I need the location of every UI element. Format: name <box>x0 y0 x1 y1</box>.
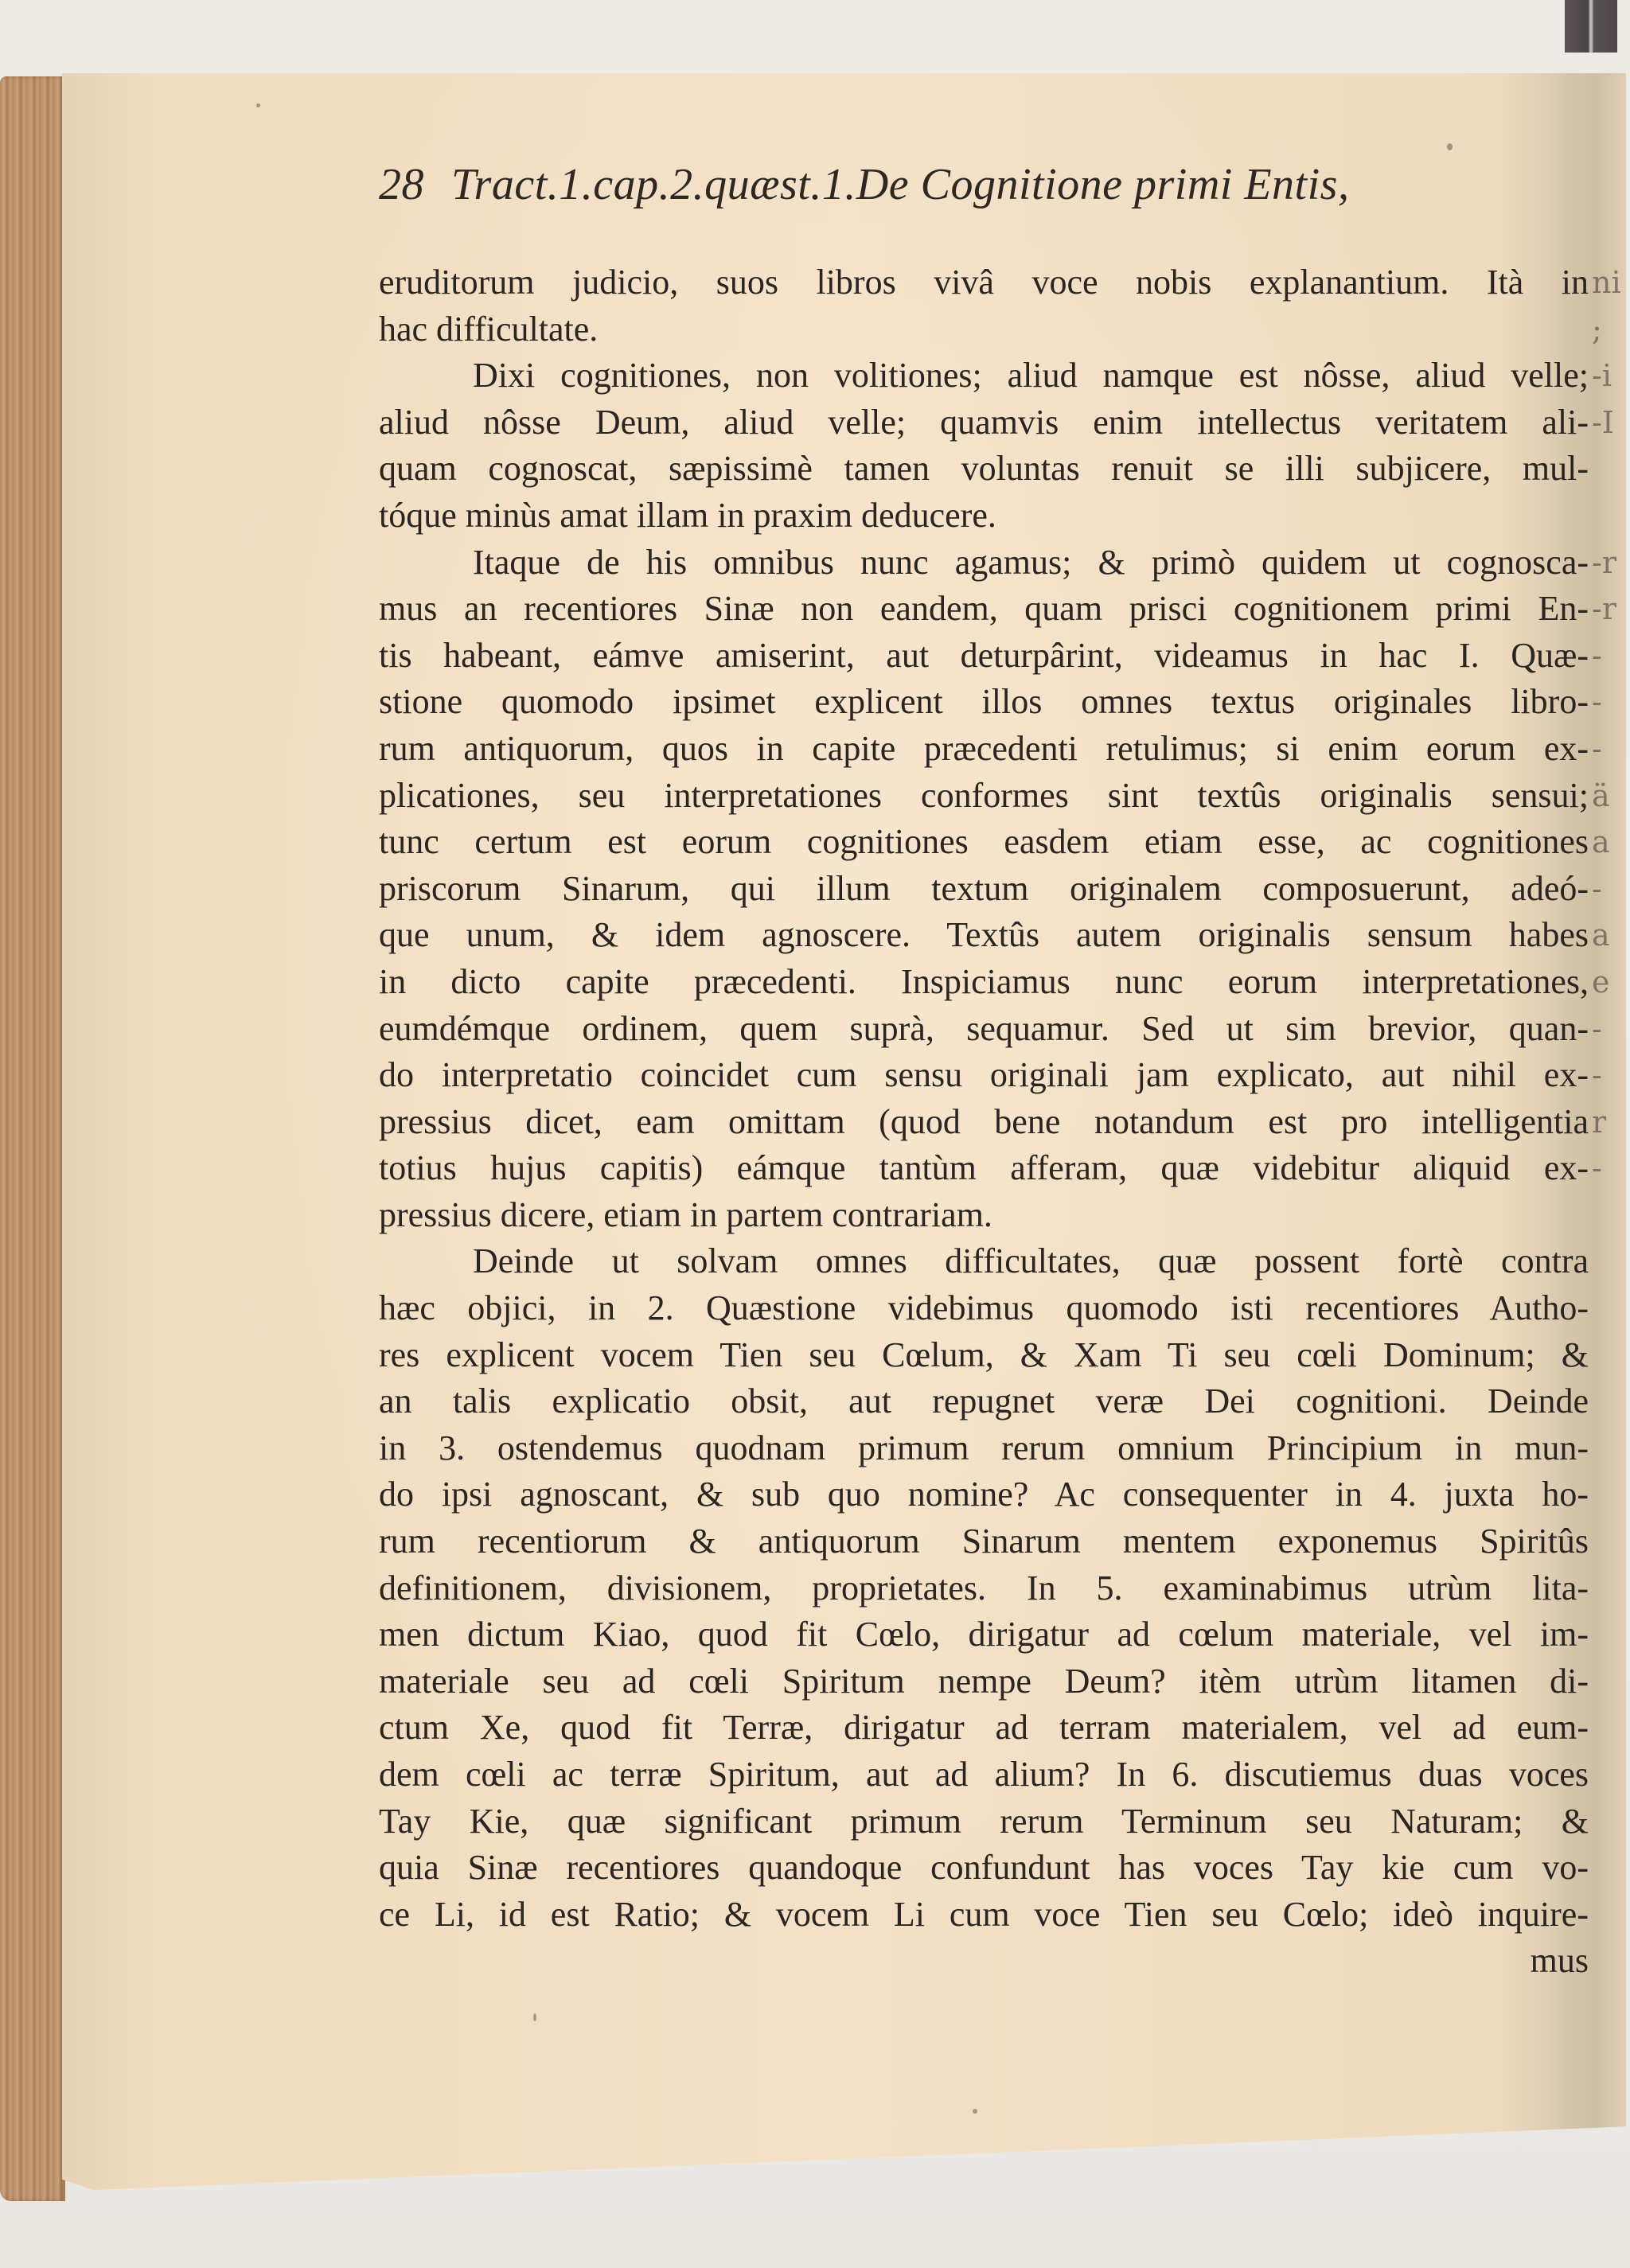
show-through-glyph <box>1592 446 1630 493</box>
show-through-glyph: - <box>1592 1052 1630 1099</box>
show-through-glyph <box>1592 493 1630 540</box>
text-line: Tay Kie, quæ significant primum rerum Te… <box>379 1798 1589 1845</box>
show-through-glyph: - <box>1592 726 1630 773</box>
text-line: Dixi cognitiones, non volitiones; aliud … <box>379 353 1589 399</box>
show-through-glyph: ni <box>1592 259 1630 306</box>
text-line: hæc objici, in 2. Quæstione videbimus qu… <box>379 1285 1589 1332</box>
text-line: tunc certum est eorum cognitiones easdem… <box>379 819 1589 866</box>
text-line: totius hujus capitis) eámque tantùm affe… <box>379 1145 1589 1192</box>
paper-speck <box>1447 143 1453 150</box>
show-through-glyph: -r <box>1592 586 1630 633</box>
text-line: Itaque de his omnibus nunc agamus; & pri… <box>379 540 1589 586</box>
show-through-glyph: -i <box>1592 353 1630 399</box>
show-through-glyph: ; <box>1592 306 1630 353</box>
paper-speck <box>533 2013 536 2021</box>
text-line: do ipsi agnoscant, & sub quo nomine? Ac … <box>379 1471 1589 1518</box>
show-through-glyph: -r <box>1592 540 1630 586</box>
show-through-glyph: -I <box>1592 399 1630 446</box>
text-line: eruditorum judicio, suos libros vivâ voc… <box>379 259 1589 306</box>
text-line: eumdémque ordinem, quem suprà, sequamur.… <box>379 1006 1589 1053</box>
page-number: 28 <box>379 159 424 210</box>
show-through-glyph: a <box>1592 819 1630 866</box>
show-through-text: ni ; -i -I -r -r - - - ä a - a e - - r - <box>1592 259 1630 1192</box>
text-line: ce Li, id est Ratio; & vocem Li cum voce… <box>379 1892 1589 1939</box>
show-through-glyph: - <box>1592 866 1630 913</box>
show-through-glyph: e <box>1592 959 1630 1006</box>
text-line: do interpretatio coincidet cum sensu ori… <box>379 1052 1589 1099</box>
text-line: in dicto capite præcedenti. Inspiciamus … <box>379 959 1589 1006</box>
text-line: priscorum Sinarum, qui illum textum orig… <box>379 866 1589 913</box>
text-line: pressius dicere, etiam in partem contrar… <box>379 1192 1589 1239</box>
text-line: plicationes, seu interpretationes confor… <box>379 773 1589 820</box>
show-through-glyph: a <box>1592 912 1630 959</box>
page-clip <box>1565 0 1617 53</box>
text-line: mus an recentiores Sinæ non eandem, quam… <box>379 586 1589 633</box>
text-line: que unum, & idem agnoscere. Textûs autem… <box>379 912 1589 959</box>
text-line: definitionem, divisionem, proprietates. … <box>379 1565 1589 1612</box>
text-line: ctum Xe, quod fit Terræ, dirigatur ad te… <box>379 1705 1589 1752</box>
text-line: materiale seu ad cœli Spiritum nempe Deu… <box>379 1658 1589 1705</box>
show-through-glyph: - <box>1592 1006 1630 1053</box>
text-line: men dictum Kiao, quod fit Cœlo, dirigatu… <box>379 1611 1589 1658</box>
text-line: Deinde ut solvam omnes difficultates, qu… <box>379 1238 1589 1285</box>
text-line: stione quomodo ipsimet explicent illos o… <box>379 679 1589 726</box>
text-line: rum antiquorum, quos in capite præcedent… <box>379 726 1589 773</box>
catchword: mus <box>379 1938 1589 1985</box>
text-line: an talis explicatio obsit, aut repugnet … <box>379 1378 1589 1425</box>
text-line: quia Sinæ recentiores quandoque confundu… <box>379 1845 1589 1892</box>
running-head-title: Tract.1.cap.2.quæst.1.De Cognitione prim… <box>451 160 1349 209</box>
show-through-glyph: - <box>1592 633 1630 680</box>
show-through-glyph: - <box>1592 679 1630 726</box>
paper-speck <box>973 2109 977 2114</box>
text-line: hac difficultate. <box>379 306 1589 353</box>
body-text: eruditorum judicio, suos libros vivâ voc… <box>379 259 1589 1985</box>
text-line: rum recentiorum & antiquorum Sinarum men… <box>379 1518 1589 1565</box>
text-line: dem cœli ac terræ Spiritum, aut ad alium… <box>379 1752 1589 1798</box>
book-page-edges <box>0 76 65 2201</box>
text-line: tis habeant, eámve amiserint, aut deturp… <box>379 633 1589 680</box>
show-through-glyph: r <box>1592 1099 1630 1146</box>
text-line: aliud nôsse Deum, aliud velle; quamvis e… <box>379 399 1589 446</box>
show-through-glyph: ä <box>1592 773 1630 820</box>
paper-speck <box>256 103 260 107</box>
text-line: in 3. ostendemus quodnam primum rerum om… <box>379 1425 1589 1472</box>
running-head: 28Tract.1.cap.2.quæst.1.De Cognitione pr… <box>379 159 1589 223</box>
show-through-glyph: - <box>1592 1145 1630 1192</box>
text-line: pressius dicet, eam omittam (quod bene n… <box>379 1099 1589 1146</box>
text-line: quam cognoscat, sæpissimè tamen voluntas… <box>379 446 1589 493</box>
text-line: res explicent vocem Tien seu Cœlum, & Xa… <box>379 1332 1589 1379</box>
text-line: tóque minùs amat illam in praxim deducer… <box>379 493 1589 540</box>
